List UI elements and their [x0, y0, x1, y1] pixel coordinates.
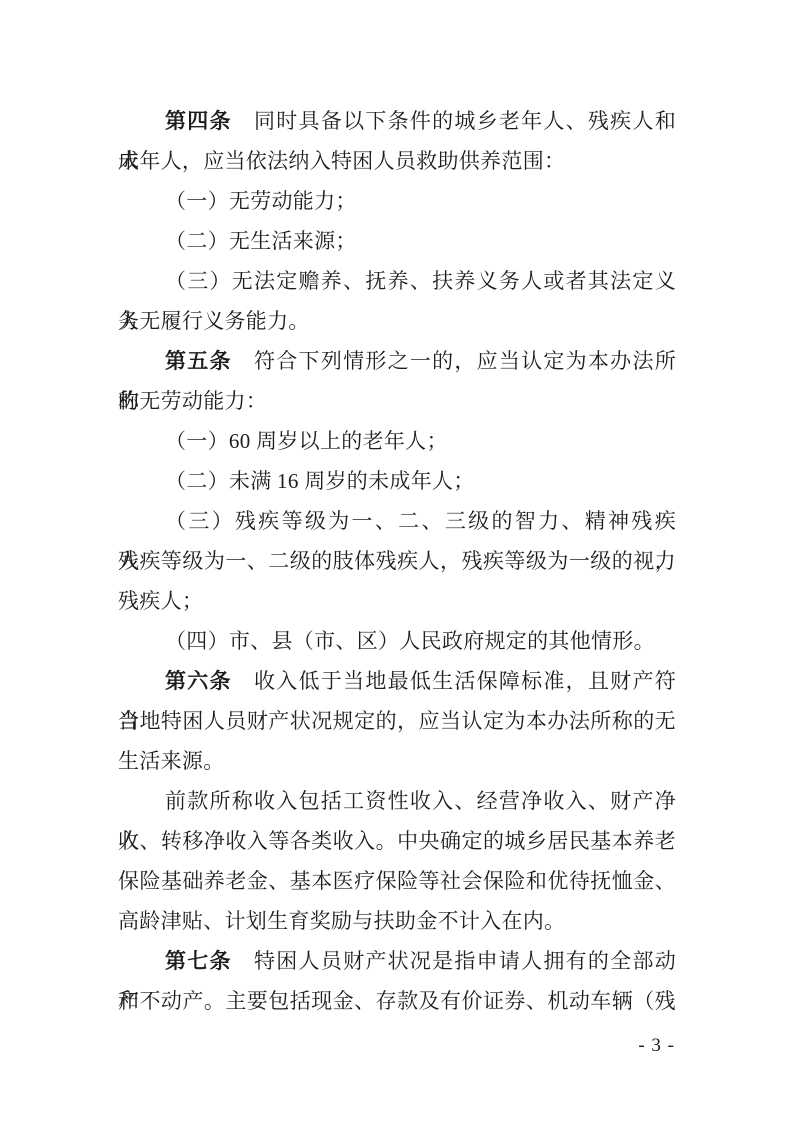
text-segment: 高龄津贴、计划生育奖励与扶助金不计入在内。	[118, 909, 565, 933]
document-line: 第七条 特困人员财产状况是指申请人拥有的全部动产	[118, 941, 676, 981]
document-line: 高龄津贴、计划生育奖励与扶助金不计入在内。	[118, 901, 676, 941]
text-segment: 残疾等级为一、二级的肢体残疾人，残疾等级为一级的视力	[118, 549, 676, 573]
page-number: - 3 -	[638, 1035, 675, 1057]
document-line: （三）无法定赡养、抚养、扶养义务人或者其法定义务	[118, 261, 676, 301]
article-number: 第七条	[165, 949, 232, 973]
text-segment: （二）未满 16 周岁的未成年人；	[165, 469, 475, 493]
document-line: （四）市、县（市、区）人民政府规定的其他情形。	[118, 621, 676, 661]
text-segment: 生活来源。	[118, 749, 225, 773]
document-line: （一）无劳动能力；	[118, 181, 676, 221]
document-line: 第六条 收入低于当地最低生活保障标准，且财产符合	[118, 661, 676, 701]
document-line: （二）未满 16 周岁的未成年人；	[118, 461, 676, 501]
text-segment: 残疾人；	[118, 589, 203, 613]
document-line: 保险基础养老金、基本医疗保险等社会保险和优待抚恤金、	[118, 861, 676, 901]
article-number: 第四条	[165, 109, 232, 133]
document-line: 当地特困人员财产状况规定的，应当认定为本办法所称的无	[118, 701, 676, 741]
document-line: 残疾等级为一、二级的肢体残疾人，残疾等级为一级的视力	[118, 541, 676, 581]
document-line: 残疾人；	[118, 581, 676, 621]
text-segment: 和不动产。主要包括现金、存款及有价证券、机动车辆（残	[118, 989, 676, 1013]
document-line: 第五条 符合下列情形之一的，应当认定为本办法所称	[118, 341, 676, 381]
document-body: 第四条 同时具备以下条件的城乡老年人、残疾人和未成年人，应当依法纳入特困人员救助…	[118, 101, 676, 1021]
text-segment: 的无劳动能力：	[118, 389, 267, 413]
text-segment: 当地特困人员财产状况规定的，应当认定为本办法所称的无	[118, 709, 676, 733]
document-page: 第四条 同时具备以下条件的城乡老年人、残疾人和未成年人，应当依法纳入特困人员救助…	[0, 0, 793, 1122]
document-line: 入、转移净收入等各类收入。中央确定的城乡居民基本养老	[118, 821, 676, 861]
article-number: 第五条	[165, 349, 232, 373]
document-line: （一）60 周岁以上的老年人；	[118, 421, 676, 461]
document-line: 成年人，应当依法纳入特困人员救助供养范围：	[118, 141, 676, 181]
document-line: （二）无生活来源；	[118, 221, 676, 261]
text-segment: （一）60 周岁以上的老年人；	[165, 429, 448, 453]
document-line: 人无履行义务能力。	[118, 301, 676, 341]
document-line: 第四条 同时具备以下条件的城乡老年人、残疾人和未	[118, 101, 676, 141]
text-segment: 入、转移净收入等各类收入。中央确定的城乡居民基本养老	[118, 829, 676, 853]
article-number: 第六条	[165, 669, 232, 693]
document-line: 前款所称收入包括工资性收入、经营净收入、财产净收	[118, 781, 676, 821]
text-segment: （二）无生活来源；	[165, 229, 357, 253]
text-segment: 人无履行义务能力。	[118, 309, 310, 333]
text-segment: （四）市、县（市、区）人民政府规定的其他情形。	[165, 629, 655, 653]
text-segment: 成年人，应当依法纳入特困人员救助供养范围：	[118, 149, 565, 173]
document-line: 和不动产。主要包括现金、存款及有价证券、机动车辆（残	[118, 981, 676, 1021]
document-line: （三）残疾等级为一、二、三级的智力、精神残疾人，	[118, 501, 676, 541]
document-line: 生活来源。	[118, 741, 676, 781]
text-segment: （一）无劳动能力；	[165, 189, 357, 213]
text-segment: 保险基础养老金、基本医疗保险等社会保险和优待抚恤金、	[118, 869, 676, 893]
document-line: 的无劳动能力：	[118, 381, 676, 421]
